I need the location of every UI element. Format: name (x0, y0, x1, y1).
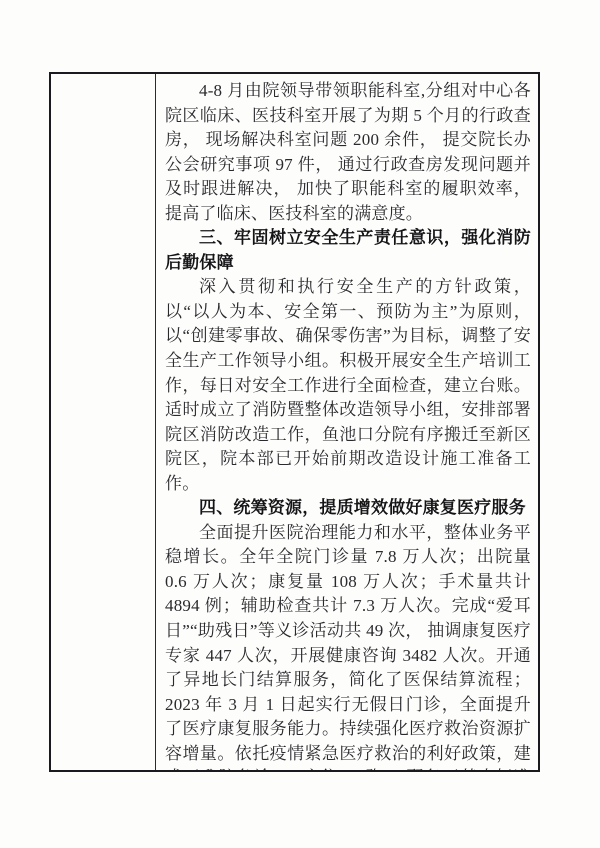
paragraph-rehab-medical-services: 全面提升医院治理能力和水平，整体业务平稳增长。全年全院门诊量 7.8 万人次；出… (165, 521, 531, 770)
section-heading-three-safety: 三、牢固树立安全生产责任意识，强化消防后勤保障 (165, 226, 531, 275)
table-content-cell: 4-8 月由院领导带领职能科室,分组对中心各院区临床、医技科室开展了为期 5 个… (156, 74, 538, 770)
paragraph-safety-production: 深入贯彻和执行安全生产的方针政策，以“以人为本、安全第一、预防为主”为原则，以“… (165, 275, 531, 496)
table-label-column-cell (51, 74, 156, 770)
report-table: 4-8 月由院领导带领职能科室,分组对中心各院区临床、医技科室开展了为期 5 个… (49, 72, 540, 772)
section-heading-four-rehab-services: 四、统筹资源，提质增效做好康复医疗服务 (165, 496, 531, 521)
continuation-paragraph-admin-rounds: 4-8 月由院领导带领职能科室,分组对中心各院区临床、医技科室开展了为期 5 个… (165, 79, 531, 226)
document-page: 4-8 月由院领导带领职能科室,分组对中心各院区临床、医技科室开展了为期 5 个… (0, 0, 600, 848)
